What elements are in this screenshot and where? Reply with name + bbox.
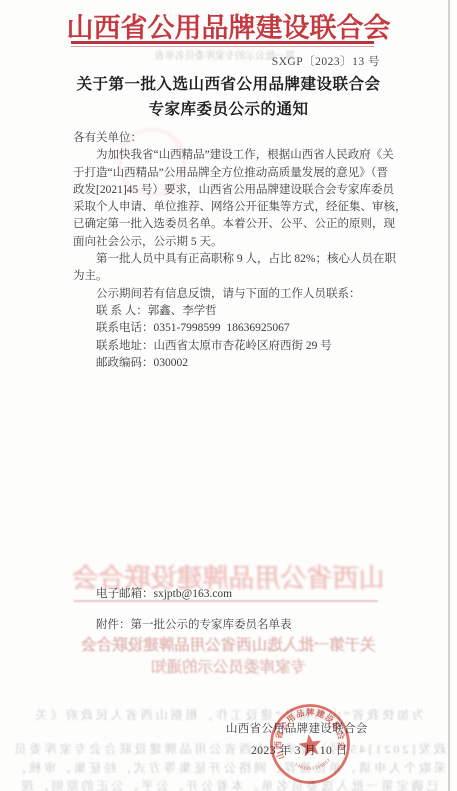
letterhead-title: 山西省公用品牌建设联合会 xyxy=(0,6,457,45)
body-line: 各有关单位： xyxy=(73,130,403,147)
body-line: 公示期间若有信息反馈，请与下面的工作人员联系： xyxy=(73,286,403,303)
body-line: 联系地址：山西省太原市杏花岭区府西街 29 号 xyxy=(73,338,403,355)
seal-star-icon xyxy=(297,733,323,758)
bleedthrough-body-line: 已确定第一批入选委员名单。本着公开、公平、公正的原则，现 xyxy=(0,777,457,791)
body-line: 为主。 xyxy=(73,268,403,285)
seal-serial-number: 1401053100062 xyxy=(293,757,332,774)
body-line: 面向社会公示，公示期 5 天。 xyxy=(73,234,403,251)
letterhead-rule-thick xyxy=(71,41,374,44)
body-line: 联 系 人：郭鑫、李学哲 xyxy=(73,303,403,320)
document-page: 第一批公示的专家库委员名单表 山西省公用品牌建设联合会 关于第一批入选山西省公用… xyxy=(0,0,457,791)
letterhead-rule-thin xyxy=(71,46,374,47)
document-title-line2: 专家库委员公示的通知 xyxy=(0,97,457,122)
document-number: SXGP〔2023〕13 号 xyxy=(272,53,380,69)
bleedthrough-title-line1: 关于第一批入选山西省公用品牌建设联合会 xyxy=(0,633,457,655)
body-line: 政发[2021]45 号）要求，山西省公用品牌建设联合会专家库委员 xyxy=(73,182,403,199)
body-line: 为加快我省“山西精品”建设工作，根据山西省人民政府《关 xyxy=(73,147,403,164)
bleedthrough-body-line: 采取个人申请、单位推荐、网络公开征集等方式，经征集、审核， xyxy=(0,759,457,776)
official-seal: 山西省公用品牌建设联合会 1401053100062 xyxy=(260,694,359,791)
document-title-line1: 关于第一批入选山西省公用品牌建设联合会 xyxy=(0,72,457,97)
bleedthrough-title-line2: 专家库委员公示的通知 xyxy=(0,655,457,677)
document-title: 关于第一批入选山西省公用品牌建设联合会 专家库委员公示的通知 xyxy=(0,72,457,122)
document-body: 各有关单位： 为加快我省“山西精品”建设工作，根据山西省人民政府《关于打造“山西… xyxy=(73,130,403,372)
bleedthrough-body-line: 政发[2021]45 号）要求，山西省公用品牌建设联合会专家库委员 xyxy=(0,740,457,757)
body-line: 联系电话：0351-7998599 18636925067 xyxy=(73,320,403,337)
body-line: 第一批人员中具有正高职称 9 人，占比 82%；核心人员在职 xyxy=(73,251,403,268)
body-line: 于打造“山西精品”公用品牌全方位推动高质量发展的意见》（晋 xyxy=(73,165,403,182)
email-line: 电子邮箱：sxjptb@163.com xyxy=(96,585,232,601)
body-line: 已确定第一批入选委员名单。本着公开、公平、公正的原则，现 xyxy=(73,216,403,233)
body-line: 采取个人申请、单位推荐、网络公开征集等方式，经征集、审核， xyxy=(73,199,403,216)
body-line: 邮政编码：030002 xyxy=(73,355,403,372)
attachment-line: 附件：第一批公示的专家库委员名单表 xyxy=(96,616,292,632)
